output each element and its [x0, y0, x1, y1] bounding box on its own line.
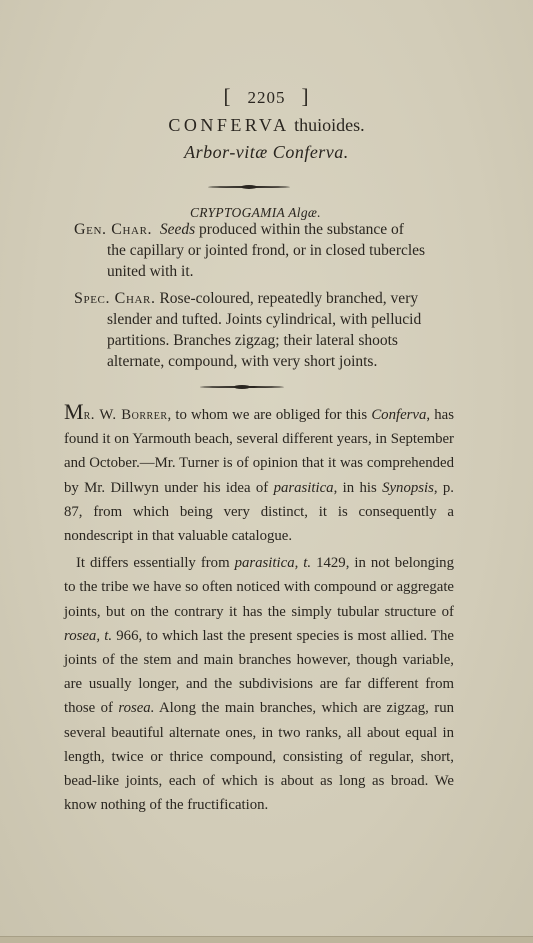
author-name: r. W. Borrer — [84, 407, 168, 423]
spec-char-line4: alternate, compound, with very short joi… — [74, 351, 452, 372]
italic-text: parasitica — [274, 480, 334, 496]
text: , to whom we are obliged for this — [168, 407, 372, 423]
generic-character: Gen. Char. Seeds produced within the sub… — [74, 219, 452, 282]
drop-cap: M — [64, 399, 84, 424]
specific-character: Spec. Char. Rose-coloured, repeatedly br… — [74, 288, 452, 372]
italic-text: rosea, t. — [64, 628, 112, 644]
ornamental-rule — [200, 386, 284, 388]
italic-text: rosea. — [118, 700, 154, 716]
spec-char-line3: partitions. Branches zigzag; their later… — [74, 330, 452, 351]
italic-text: parasitica, t. — [235, 555, 312, 571]
species-epithet: thuioides. — [294, 115, 365, 135]
bracket-open: [ — [224, 84, 232, 108]
spec-char-line2: slender and tufted. Joints cylindrical, … — [74, 309, 452, 330]
italic-text: Synopsis — [382, 480, 434, 496]
plate-number-value: 2205 — [248, 88, 286, 107]
gen-char-label: Gen. Char. — [74, 221, 152, 238]
common-name: Arbor-vitæ Conferva. — [0, 142, 533, 163]
description-body: Mr. W. Borrer, to whom we are obliged fo… — [64, 400, 454, 817]
gen-char-line2: the capillary or jointed frond, or in cl… — [74, 240, 452, 261]
spec-char-label: Spec. Char. — [74, 290, 156, 307]
gen-char-line1: produced within the substance of — [195, 221, 404, 238]
text: It differs essentially from — [76, 555, 235, 571]
paragraph-1: Mr. W. Borrer, to whom we are obliged fo… — [64, 400, 454, 548]
text: Along the main branches, which are zigza… — [64, 700, 454, 813]
book-page: [2205] CONFERVA thuioides. Arbor-vitæ Co… — [0, 0, 533, 943]
gen-char-lead: Seeds — [160, 221, 195, 238]
ornamental-rule — [208, 186, 290, 188]
spec-char-line1: Rose-coloured, repeatedly branched, very — [156, 290, 419, 307]
page-edge — [0, 936, 533, 943]
genus-name: CONFERVA — [168, 115, 289, 135]
text: , in his — [334, 480, 383, 496]
bracket-close: ] — [302, 84, 310, 108]
italic-text: Conferva — [371, 407, 426, 423]
plate-number: [2205] — [0, 84, 533, 109]
gen-char-line3: united with it. — [74, 261, 452, 282]
species-title: CONFERVA thuioides. — [0, 115, 533, 136]
paragraph-2: It differs essentially from parasitica, … — [64, 551, 454, 817]
